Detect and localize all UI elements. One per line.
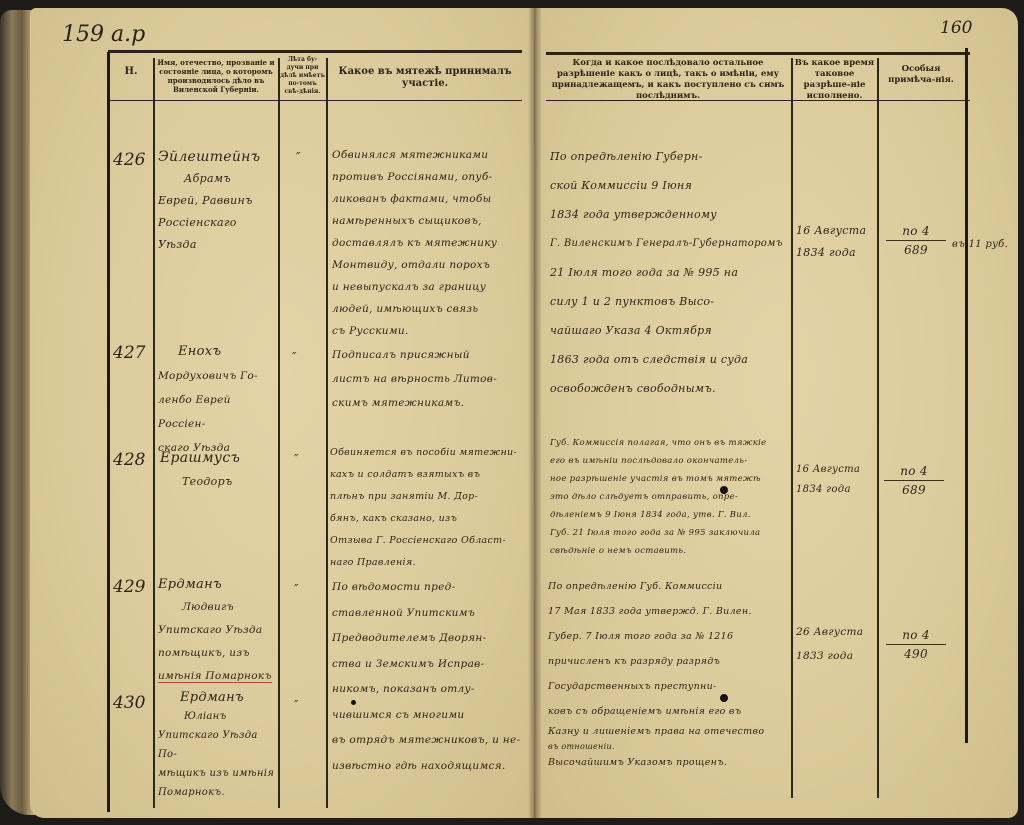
person-detail: ленбо Еврей Россіен-	[158, 388, 278, 436]
text-line: Предводителемъ Дворян-	[332, 626, 528, 652]
person-given-name: Юліанъ	[158, 707, 278, 726]
text-line: По опредѣленію Губ. Коммиссіи	[548, 574, 790, 599]
text-line: Г. Виленскимъ Генералъ-Губернаторомъ	[550, 229, 788, 258]
ditto-mark: ″	[294, 582, 298, 596]
text-line: Монтвиду, отдали порохъ	[332, 254, 527, 276]
col-header-no: Н.	[110, 66, 152, 78]
person-given-name: Людвигъ	[158, 596, 278, 619]
text-line: освобожденъ свободнымъ.	[550, 374, 788, 403]
text-line: Государственныхъ преступни-	[548, 674, 790, 699]
text-line: 16 Августа	[796, 460, 876, 480]
text-line: кахъ и солдатъ взятыхъ въ	[330, 464, 528, 486]
person-given-name: Теодоръ	[160, 470, 280, 494]
entry-person: Ердманъ Юліанъ Упитскаго Уѣзда По- мѣщик…	[158, 688, 278, 802]
entry-person: Эйлештейнъ Абрамъ Еврей, Раввинъ Россіен…	[158, 146, 278, 256]
text-line: наго Правленія.	[330, 552, 528, 574]
text-line: 26 Августа	[796, 620, 876, 644]
col-header-executed: Въ какое время таковое разрѣше-ніе испол…	[793, 58, 876, 102]
entry-resolution: По опредѣленію Губ. Коммиссіи 17 Мая 183…	[548, 574, 790, 772]
entry-role: Обвинялся мятежниками противъ Россіянами…	[332, 144, 527, 342]
entry-person: Енохъ Мордуховичъ Го- ленбо Еврей Россіе…	[158, 340, 278, 460]
text-line: 21 Іюля того года за № 995 на	[550, 258, 788, 287]
text-line: никомъ, показанъ отлу-	[332, 677, 528, 703]
entry-notes-reference: по 4 689	[884, 462, 944, 499]
text-line: бянъ, какъ сказано, изъ	[330, 508, 528, 530]
text-line: 1834 года утвержденному	[550, 200, 788, 229]
text-line: Губ. 21 Іюля того года за № 995 заключил…	[550, 524, 790, 542]
text-line: ставленной Упитскимъ	[332, 601, 528, 627]
header-top-rule-left	[108, 50, 522, 53]
text-line: Высочайшимъ Указомъ прощенъ.	[548, 754, 790, 772]
entry-executed-date: 16 Августа 1834 года	[796, 220, 876, 264]
col-header-years: Лѣта бу-дучи при дѣлѣ имѣетъ по-томъ свѣ…	[280, 56, 325, 96]
ditto-mark: ″	[292, 350, 296, 364]
text-line: ства и Земскимъ Исправ-	[332, 652, 528, 678]
entry-number: 429	[113, 577, 145, 597]
col-header-person: Имя, отечество, прозваніе и состояніе ли…	[155, 58, 277, 94]
person-detail: Упитскаго Уѣзда По-	[158, 726, 278, 764]
text-line: чайшаго Указа 4 Октября	[550, 316, 788, 345]
left-border	[107, 52, 110, 812]
text-line: Обвиняется въ пособіи мятежни-	[330, 442, 528, 464]
binding-hole	[720, 694, 728, 702]
fraction-top: по 4	[886, 626, 946, 645]
text-line: Отзыва Г. Россіенскаго Област-	[330, 530, 528, 552]
col-header-resolution: Когда и какое послѣдовало остальное разр…	[546, 58, 790, 102]
fraction-top: по 4	[884, 462, 944, 481]
text-line: это дѣло слѣдуетъ отправить, опре-	[550, 488, 790, 506]
ditto-mark: ″	[294, 698, 298, 712]
entry-person: Ердманъ Людвигъ Упитскаго Уѣзда помѣщикъ…	[158, 573, 278, 688]
text-line: причисленъ къ разряду разрядъ	[548, 649, 790, 674]
text-line: Подписалъ присяжный	[332, 343, 527, 367]
fraction-bottom: 490	[904, 647, 928, 661]
person-detail: помѣщикъ, изъ	[158, 642, 278, 665]
left-page-number: 159 a.p	[62, 22, 145, 47]
text-line: Губер. 7 Іюля того года за № 1216	[548, 624, 790, 649]
header-top-rule-right	[546, 52, 970, 55]
col-header-role: Какое въ мятежѣ принималъ участіе.	[330, 66, 520, 90]
text-line: По опредѣленію Губерн-	[550, 142, 788, 171]
entry-role: По вѣдомости пред- ставленной Упитскимъ …	[332, 575, 528, 779]
fraction-bottom: 689	[902, 483, 926, 497]
person-surname: Эйлештейнъ	[158, 146, 278, 168]
entry-notes-reference: по 4 689	[886, 222, 946, 259]
entry-person: Ерашмусъ Теодоръ	[160, 446, 280, 494]
text-line: въ отношеніи.	[548, 740, 790, 754]
entry-role: Подписалъ присяжный листъ на вѣрность Ли…	[332, 343, 527, 415]
text-line: чившимся съ многими	[332, 703, 528, 729]
person-detail: Мордуховичъ Го-	[158, 364, 278, 388]
ditto-mark: ″	[294, 452, 298, 466]
text-line: свѣдѣніе о немъ оставить.	[550, 542, 790, 560]
text-line: 16 Августа	[796, 220, 876, 242]
fraction-bottom: 689	[904, 243, 928, 257]
page-gutter	[528, 8, 542, 818]
text-line: противъ Россіянами, опуб-	[332, 166, 527, 188]
text-line: 1834 года	[796, 242, 876, 264]
person-estate: имѣнія Помарнокъ	[158, 665, 278, 688]
text-line: ное разрѣшеніе участія въ томъ мятежѣ	[550, 470, 790, 488]
text-line: Губ. Коммиссія полагая, что онъ въ тяжкі…	[550, 434, 790, 452]
text-line: листъ на вѣрность Литов-	[332, 367, 527, 391]
person-surname: Ердманъ	[158, 688, 278, 707]
col-divider-executed	[877, 58, 879, 798]
text-line: 1863 года отъ следствія и суда	[550, 345, 788, 374]
text-line: 1833 года	[796, 644, 876, 668]
text-line: дѣленіемъ 9 Іюня 1834 года, утв. Г. Вил.	[550, 506, 790, 524]
underlined-estate-name: имѣнія Помарнокъ	[158, 670, 272, 683]
fraction-top: по 4	[886, 222, 946, 241]
person-surname: Ердманъ	[158, 573, 278, 596]
person-surname: Ерашмусъ	[160, 446, 280, 470]
text-line: скимъ мятежникамъ.	[332, 391, 527, 415]
entry-resolution: По опредѣленію Губерн- ской Коммиссіи 9 …	[550, 142, 788, 403]
entry-notes-reference: по 4 490	[886, 626, 946, 663]
text-line: намѣренныхъ сыщиковъ,	[332, 210, 527, 232]
entry-executed-date: 16 Августа 1834 года	[796, 460, 876, 500]
ledger-book: 159 a.p 160 Н. Имя, отечество, прозваніе…	[0, 0, 1024, 825]
text-line: доставлялъ къ мятежнику	[332, 232, 527, 254]
person-estate: Помарнокъ.	[158, 783, 278, 802]
entry-number: 430	[113, 693, 145, 713]
entry-number: 426	[113, 150, 145, 170]
text-line: 1834 года	[796, 480, 876, 500]
entry-executed-date: 26 Августа 1833 года	[796, 620, 876, 668]
col-divider-person	[278, 58, 280, 808]
binding-hole	[351, 700, 356, 705]
text-line: его въ имѣніи послѣдовало окончатель-	[550, 452, 790, 470]
header-bottom-rule-left	[108, 100, 522, 101]
col-header-notes: Особыя примѣча-нія.	[879, 64, 963, 86]
person-given-name: Абрамъ	[158, 168, 278, 190]
text-line: и невыпускалъ за границу	[332, 276, 527, 298]
person-name: Енохъ	[158, 340, 278, 364]
text-line: ковъ съ обращеніемъ имѣнія его въ	[548, 699, 790, 724]
col-divider-resolution	[791, 58, 793, 798]
right-page-number: 160	[940, 18, 972, 38]
entry-number: 427	[113, 343, 145, 363]
person-district: Россіенскаго Уѣзда	[158, 212, 278, 256]
entry-role: Обвиняется въ пособіи мятежни- кахъ и со…	[330, 442, 528, 574]
person-status: Еврей, Раввинъ	[158, 190, 278, 212]
text-line: ской Коммиссіи 9 Іюня	[550, 171, 788, 200]
col-divider-years	[326, 58, 328, 808]
entry-number: 428	[113, 450, 145, 470]
ditto-mark: ″	[296, 150, 300, 164]
entry-resolution: Губ. Коммиссія полагая, что онъ въ тяжкі…	[550, 434, 790, 560]
text-line: ликованъ фактами, чтобы	[332, 188, 527, 210]
text-line: силу 1 и 2 пунктовъ Высо-	[550, 287, 788, 316]
col-divider-no	[153, 58, 155, 808]
right-border	[965, 48, 968, 743]
text-line: плѣнъ при занятіи М. Дор-	[330, 486, 528, 508]
margin-note: въ 11 руб.	[952, 234, 1022, 256]
text-line: Обвинялся мятежниками	[332, 144, 527, 166]
text-line: въ отрядъ мятежниковъ, и не-	[332, 728, 528, 754]
text-line: извѣстно гдѣ находящимся.	[332, 754, 528, 780]
text-line: По вѣдомости пред-	[332, 575, 528, 601]
person-detail: мѣщикъ изъ имѣнія	[158, 764, 278, 783]
binding-hole	[720, 486, 728, 494]
person-detail: Упитскаго Уѣзда	[158, 619, 278, 642]
text-line: съ Русскими.	[332, 320, 527, 342]
text-line: 17 Мая 1833 года утвержд. Г. Вилен.	[548, 599, 790, 624]
text-line: людей, имѣющихъ связь	[332, 298, 527, 320]
text-line: Казну и лишеніемъ права на отечество	[548, 724, 790, 740]
